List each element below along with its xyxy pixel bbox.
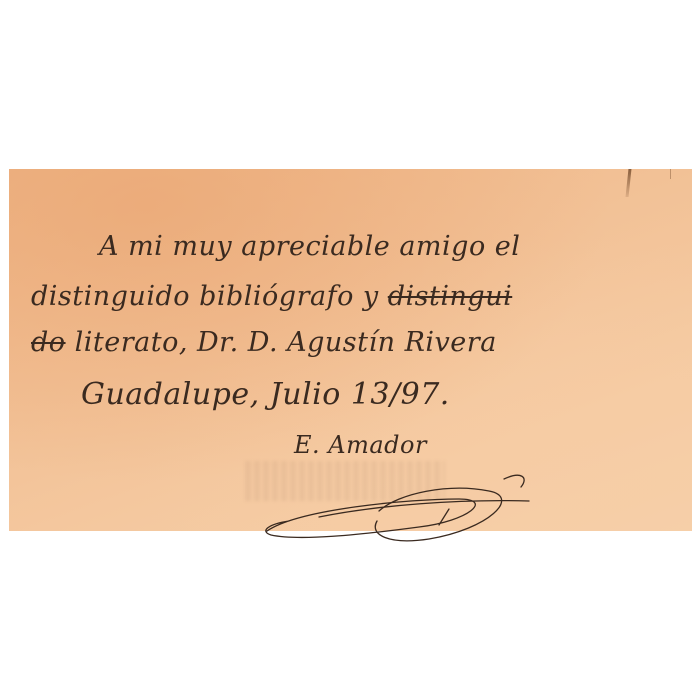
paper-tear bbox=[626, 169, 632, 197]
paper-mark bbox=[670, 169, 671, 179]
struck-text: distingui bbox=[388, 281, 512, 312]
inscription-line-3: do literato, Dr. D. Agustín Rivera bbox=[31, 327, 497, 358]
place-date-line: Guadalupe, Julio 13/97. bbox=[81, 377, 450, 412]
struck-text: do bbox=[31, 327, 66, 358]
signature-flourish-icon bbox=[259, 469, 539, 549]
inscription-text: distinguido bibliógrafo y bbox=[31, 281, 388, 312]
inscription-line-2: distinguido bibliógrafo y distingui bbox=[31, 281, 512, 312]
inscription-line-1: A mi muy apreciable amigo el bbox=[99, 231, 520, 262]
inscription-text: literato, Dr. D. Agustín Rivera bbox=[66, 327, 497, 358]
dedication-card: A mi muy apreciable amigo el distinguido… bbox=[9, 169, 692, 531]
signature: E. Amador bbox=[294, 431, 427, 459]
